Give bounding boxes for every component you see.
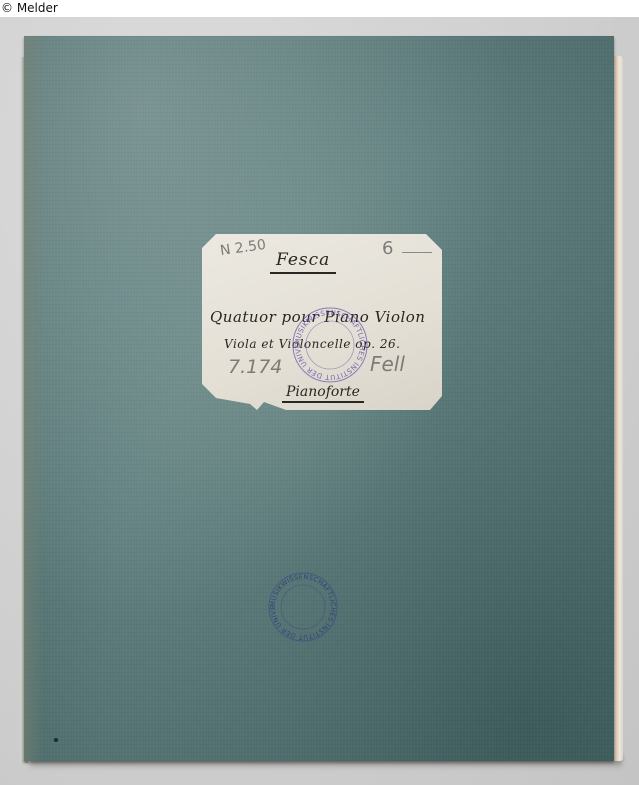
instrument-name: Pianoforte bbox=[282, 384, 364, 403]
library-stamp-label: MUSIKWISSENSCHAFTLICHES INSTITUT DER UNI… bbox=[291, 306, 369, 384]
stamp-ring-icon: MUSIKWISSENSCHAFTLICHES INSTITUT DER UNI… bbox=[291, 306, 369, 384]
score-cover: N 2.50 6 Fesca Quatuor pour Piano Violon… bbox=[24, 36, 614, 761]
library-stamp-cover: MUSIKWISSENSCHAFTLICHES INSTITUT DER UNI… bbox=[267, 571, 339, 643]
pencil-number-top: 6 bbox=[382, 238, 393, 259]
image-frame: © Melder N 2.50 6 Fesca Quatuor pour Pia… bbox=[0, 0, 639, 785]
pencil-dash bbox=[402, 252, 432, 253]
pencil-inventory-number: 7.174 bbox=[228, 356, 282, 378]
cover-speck bbox=[54, 738, 58, 742]
svg-text:MUSIKWISSENSCHAFTLICHES INSTIT: MUSIKWISSENSCHAFTLICHES INSTITUT DER UNI… bbox=[267, 571, 337, 641]
pencil-shelf-mark: N 2.50 bbox=[219, 237, 267, 259]
title-label: N 2.50 6 Fesca Quatuor pour Piano Violon… bbox=[202, 234, 442, 410]
photograph: N 2.50 6 Fesca Quatuor pour Piano Violon… bbox=[0, 17, 639, 785]
pencil-signature: Fell bbox=[370, 352, 405, 376]
spine-band bbox=[24, 36, 44, 761]
stamp-ring-icon: MUSIKWISSENSCHAFTLICHES INSTITUT DER UNI… bbox=[267, 571, 339, 643]
composer-name: Fesca bbox=[270, 250, 336, 274]
photo-credit: © Melder bbox=[1, 0, 58, 17]
